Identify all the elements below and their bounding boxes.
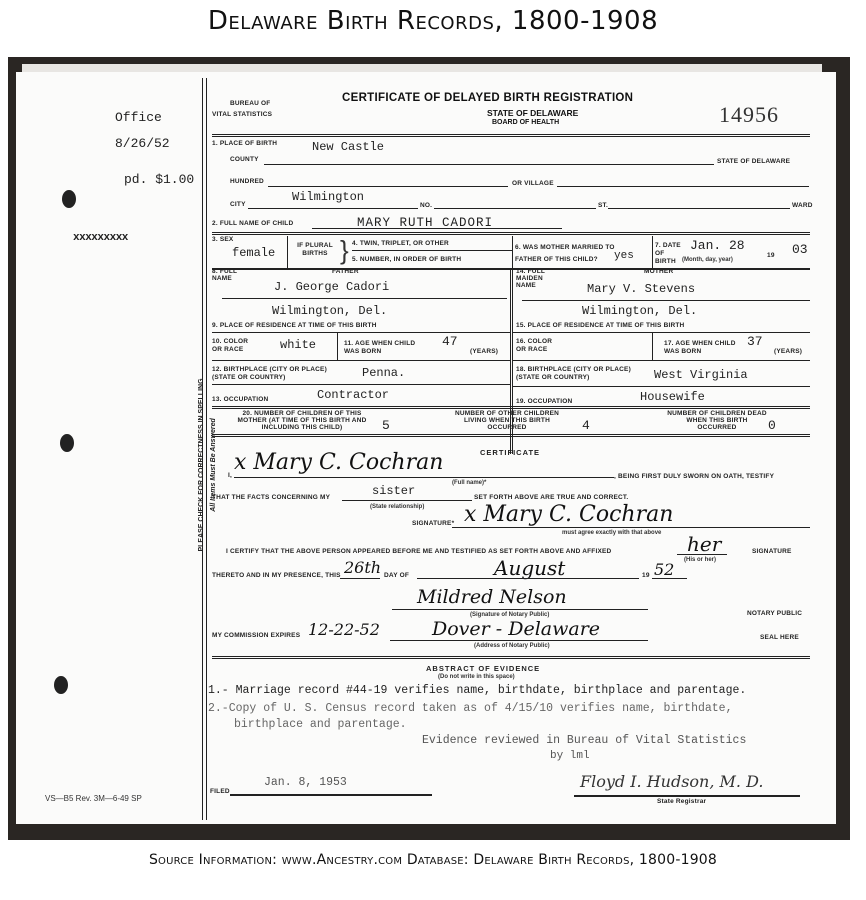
punch-hole-icon xyxy=(54,676,68,694)
dob-year-prefix: 19 xyxy=(767,252,775,259)
seal-here-label: Seal Here xyxy=(760,634,799,641)
father-occupation-value: Contractor xyxy=(317,388,389,402)
row-line xyxy=(512,360,810,361)
evidence-item-3: birthplace and parentage. xyxy=(234,718,407,731)
his-her-sublabel: (His or her) xyxy=(684,557,716,563)
mother-name-line xyxy=(522,300,810,301)
hundred-label: Hundred xyxy=(230,178,264,185)
must-agree-note: must agree exactly with that above xyxy=(562,530,661,536)
facts-label: that the facts concerning my xyxy=(212,494,330,501)
dob-label: 7. Date of Birth xyxy=(655,242,683,266)
punch-hole-icon xyxy=(60,434,74,452)
divider xyxy=(512,236,513,268)
struck-text: xxxxxxxxx xyxy=(73,232,128,244)
mother-heading: MOTHER xyxy=(644,268,673,275)
sworn-text: , being first duly sworn on oath, testif… xyxy=(614,473,774,480)
row-line xyxy=(212,360,510,361)
affiant-signature: x Mary C. Cochran xyxy=(234,450,443,475)
county-label: County xyxy=(230,156,259,163)
section-rule xyxy=(212,434,810,437)
birth-order-label: 5. Number, in Order of Birth xyxy=(352,256,461,263)
father-age-value: 47 xyxy=(442,334,458,349)
mother-married-value: yes xyxy=(614,250,634,262)
certify-text: I certify that the above person appeared… xyxy=(226,548,611,555)
relationship-sublabel: (State relationship) xyxy=(370,504,424,510)
plural-births-label: If Plural Births xyxy=(290,242,340,258)
filed-label: Filed xyxy=(210,788,230,795)
father-residence-line xyxy=(212,332,510,333)
city-value: Wilmington xyxy=(292,190,364,204)
filed-line xyxy=(230,794,432,796)
living-children-value: 4 xyxy=(582,418,590,433)
mother-name-value: Mary V. Stevens xyxy=(587,282,695,296)
punch-hole-icon xyxy=(62,190,76,208)
father-age-label: 11. Age When Child Was Born xyxy=(344,340,424,356)
form-code: VS—B5 Rev. 3M—6-49 SP xyxy=(45,794,142,803)
dead-children-label: Number of Children Dead When This Birth … xyxy=(667,410,767,431)
mother-birthplace-value: West Virginia xyxy=(654,368,748,382)
month-value: August xyxy=(494,556,565,580)
notary-address: Dover - Delaware xyxy=(432,618,600,640)
evidence-reviewed: Evidence reviewed in Bureau of Vital Sta… xyxy=(422,734,746,747)
no-label: No. xyxy=(420,202,432,209)
thereto-text: thereto and in my presence, this xyxy=(212,572,341,579)
st-label: St. xyxy=(598,202,608,209)
st-line xyxy=(608,208,790,209)
mother-name-label: 14. Full Maiden Name xyxy=(516,268,552,289)
registrar-label: State Registrar xyxy=(657,798,706,805)
dob-sublabel: (Month, day, year) xyxy=(682,257,733,263)
office-date: 8/26/52 xyxy=(115,136,170,151)
mother-occupation-value: Housewife xyxy=(640,390,705,404)
affiant-signature-2: x Mary C. Cochran xyxy=(464,502,673,527)
mother-race-label: 16. Color or Race xyxy=(516,338,564,354)
divider xyxy=(337,332,338,360)
margin-rule xyxy=(202,78,207,820)
child-name-label: 2. Full Name of Child xyxy=(212,220,293,227)
sex-label: 3. Sex xyxy=(212,236,233,243)
father-residence-value: Wilmington, Del. xyxy=(272,304,387,318)
year-value: 52 xyxy=(654,560,674,579)
certificate-number: 14956 xyxy=(719,102,779,128)
row-line xyxy=(212,384,510,385)
bureau-line1: Bureau of xyxy=(212,98,272,109)
father-birthplace-value: Penna. xyxy=(362,366,405,380)
commission-value: 12-22-52 xyxy=(308,620,380,639)
total-children-label: 20. Number of Children of This Mother (A… xyxy=(232,410,372,431)
evidence-item-1: 1.- Marriage record #44-19 verifies name… xyxy=(208,684,746,697)
evidence-sublabel: (Do not write in this space) xyxy=(438,674,515,680)
county-line xyxy=(264,164,714,165)
sex-value: female xyxy=(232,246,275,260)
affiant-line xyxy=(234,477,614,478)
twin-line xyxy=(352,250,512,251)
divider xyxy=(652,332,653,360)
no-line xyxy=(434,208,596,209)
commission-label: My Commission Expires xyxy=(212,632,300,639)
father-name-label: 8. Full Name xyxy=(212,268,242,282)
day-line xyxy=(340,578,380,579)
bureau-line2: Vital Statistics xyxy=(212,109,272,120)
day-value: 26th xyxy=(344,558,381,577)
source-information: Source Information: www.Ancestry.com Dat… xyxy=(0,852,866,868)
hundred-line xyxy=(268,186,508,187)
registrar-line xyxy=(574,795,800,797)
notary-addr-sublabel: (Address of Notary Public) xyxy=(474,643,550,649)
day-of-label: day of xyxy=(384,572,409,579)
set-forth-text: set forth above are true and correct. xyxy=(474,494,628,501)
village-line xyxy=(557,186,809,187)
notary-signature-line xyxy=(392,609,648,610)
notary-public-label: Notary Public xyxy=(747,610,802,617)
village-label: or Village xyxy=(512,180,554,187)
mother-age-value: 37 xyxy=(747,334,763,349)
city-label: City xyxy=(230,201,246,208)
father-name-line xyxy=(222,298,507,299)
mother-age-label: 17. Age When Child Was Born xyxy=(664,340,744,356)
page-title: Delaware Birth Records, 1800-1908 xyxy=(0,6,866,36)
office-note: Office xyxy=(115,110,162,125)
notary-address-line xyxy=(390,640,648,641)
i-label: I, xyxy=(228,472,232,479)
registrar-signature: Floyd I. Hudson, M. D. xyxy=(580,772,763,791)
certificate-title: CERTIFICATE OF DELAYED BIRTH REGISTRATIO… xyxy=(342,92,633,104)
evidence-by: by lml xyxy=(550,750,590,762)
section-rule xyxy=(212,656,810,659)
divider xyxy=(652,236,653,268)
dead-children-value: 0 xyxy=(768,418,776,433)
year-line xyxy=(652,578,687,579)
evidence-item-2: 2.-Copy of U. S. Census record taken as … xyxy=(208,702,733,715)
spelling-note-line2: All Items Must Be Answered xyxy=(208,355,220,575)
father-heading: FATHER xyxy=(332,268,359,275)
father-occupation-label: 13. Occupation xyxy=(212,396,268,403)
his-her-line xyxy=(677,554,727,555)
ward-label: Ward xyxy=(792,202,813,209)
father-years-label: (Years) xyxy=(470,348,498,355)
fee-note: pd. $1.00 xyxy=(124,172,194,187)
relationship-line xyxy=(342,500,472,501)
mother-residence-value: Wilmington, Del. xyxy=(582,304,697,318)
section-rule xyxy=(212,406,810,409)
signature-line xyxy=(452,527,810,528)
month-line xyxy=(417,578,639,579)
state-heading: STATE OF DELAWARE xyxy=(487,108,578,118)
father-race-value: white xyxy=(280,338,316,352)
filed-value: Jan. 8, 1953 xyxy=(264,776,347,789)
brace-icon: } xyxy=(340,236,349,264)
living-children-label: Number of Other Children Living When Thi… xyxy=(452,410,562,431)
divider xyxy=(287,236,288,268)
signature-label: Signature* xyxy=(412,520,454,527)
bureau-label: Bureau of Vital Statistics xyxy=(212,98,272,120)
father-race-label: 10. Color or Race xyxy=(212,338,260,354)
mother-birthplace-label: 18. Birthplace (City or Place) (State or… xyxy=(516,366,656,382)
year-prefix: 19 xyxy=(642,572,650,579)
twin-label: 4. Twin, Triplet, or Other xyxy=(352,240,449,247)
county-value: New Castle xyxy=(312,140,384,154)
mother-years-label: (Years) xyxy=(774,348,802,355)
father-birthplace-label: 12. Birthplace (City or Place) (State or… xyxy=(212,366,352,382)
total-children-value: 5 xyxy=(382,418,390,433)
father-name-value: J. George Cadori xyxy=(274,280,389,294)
header-rule xyxy=(212,134,810,137)
signature-word: signature xyxy=(752,548,792,555)
notary-signature: Mildred Nelson xyxy=(417,586,567,608)
father-residence-label: 9. Place of Residence at Time of This Bi… xyxy=(212,322,377,329)
evidence-heading: ABSTRACT OF EVIDENCE xyxy=(426,664,540,673)
dob-year-value: 03 xyxy=(792,242,808,257)
certificate-heading: CERTIFICATE xyxy=(480,448,540,457)
section-rule xyxy=(212,232,810,235)
child-name-value: MARY RUTH CADORI xyxy=(357,216,493,230)
dob-value: Jan. 28 xyxy=(690,238,745,253)
row-line xyxy=(512,386,810,387)
relationship-value: sister xyxy=(372,484,415,498)
mother-residence-label: 15. Place of Residence at Time of This B… xyxy=(516,322,684,329)
board-heading: BOARD OF HEALTH xyxy=(492,119,559,126)
mother-occupation-label: 19. Occupation xyxy=(516,398,572,405)
place-of-birth-label: 1. Place of Birth xyxy=(212,140,277,147)
mother-residence-line xyxy=(512,332,810,333)
full-name-sublabel: (Full name)* xyxy=(452,480,486,486)
state-of-delaware-label: State of Delaware xyxy=(717,158,790,165)
city-line xyxy=(248,208,418,209)
his-her-value: her xyxy=(687,532,721,556)
